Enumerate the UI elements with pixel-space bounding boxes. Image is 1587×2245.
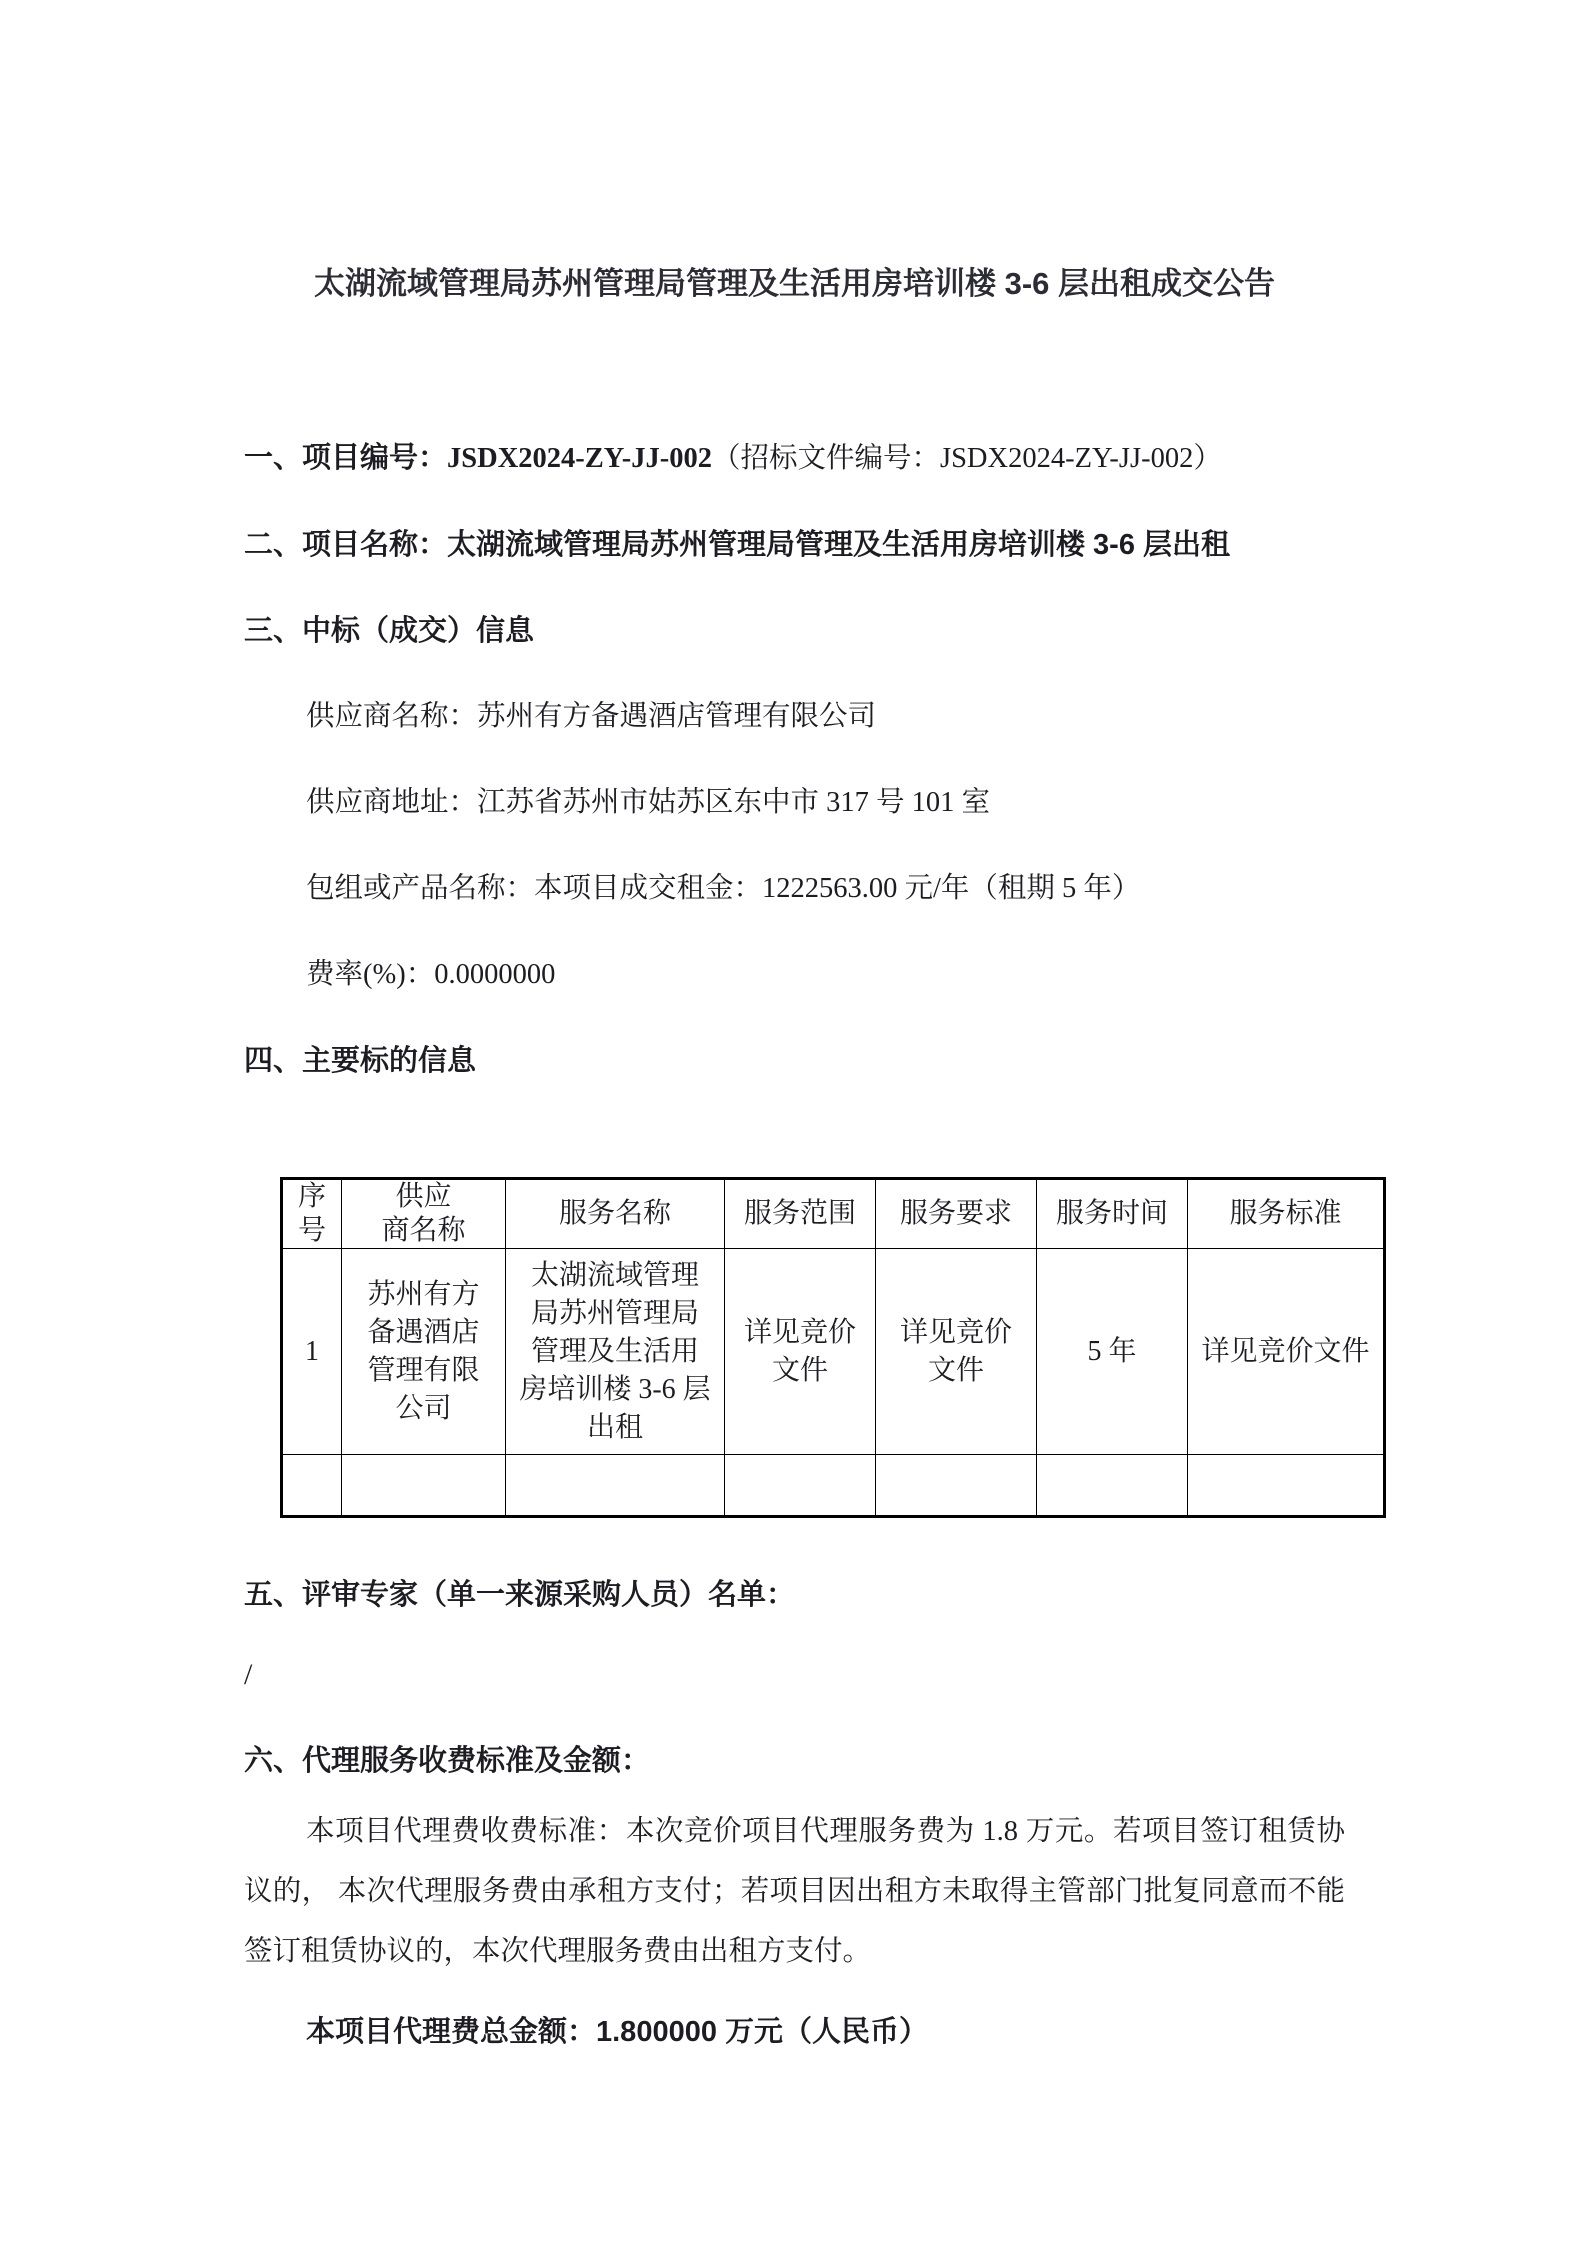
cell-empty <box>725 1455 876 1517</box>
package-price-line: 包组或产品名称：本项目成交租金：1222563.00 元/年（租期 5 年） <box>244 869 1345 909</box>
table-row: 1 苏州有方备遇酒店管理有限公司 太湖流域管理局苏州管理局管理及生活用房培训楼 … <box>282 1249 1385 1455</box>
fee-rate-line: 费率(%)：0.0000000 <box>244 955 1345 995</box>
cell-empty <box>506 1455 725 1517</box>
cell-empty <box>1188 1455 1385 1517</box>
agency-fee-paragraph: 本项目代理费收费标准：本次竞价项目代理服务费为 1.8 万元。若项目签订租赁协议… <box>244 1802 1345 1982</box>
col-header-service-requirement: 服务要求 <box>876 1179 1037 1249</box>
col-header-service-time: 服务时间 <box>1037 1179 1188 1249</box>
expert-list-value: / <box>244 1655 1345 1695</box>
table-row-empty <box>282 1455 1385 1517</box>
col-header-service-scope: 服务范围 <box>725 1179 876 1249</box>
cell-empty <box>876 1455 1037 1517</box>
cell-service-standard: 详见竞价文件 <box>1188 1249 1385 1455</box>
subject-info-table: 序号 供应商名称 服务名称 服务范围 服务要求 服务时间 服务标准 1 苏州有方… <box>280 1177 1386 1518</box>
item-subject-info-heading: 四、主要标的信息 <box>244 1041 1345 1081</box>
cell-supplier: 苏州有方备遇酒店管理有限公司 <box>342 1249 506 1455</box>
col-header-service-name: 服务名称 <box>506 1179 725 1249</box>
col-header-serial: 序号 <box>282 1179 342 1249</box>
supplier-address-line: 供应商地址：江苏省苏州市姑苏区东中市 317 号 101 室 <box>244 783 1345 823</box>
item-award-info-heading: 三、中标（成交）信息 <box>244 611 1345 651</box>
item-project-number: 一、项目编号：JSDX2024-ZY-JJ-002（招标文件编号：JSDX202… <box>244 438 1345 479</box>
cell-service-scope: 详见竞价文件 <box>725 1249 876 1455</box>
item-agency-fee-heading: 六、代理服务收费标准及金额： <box>244 1741 1345 1781</box>
cell-empty <box>282 1455 342 1517</box>
supplier-name-line: 供应商名称：苏州有方备遇酒店管理有限公司 <box>244 697 1345 737</box>
project-number-value: JSDX2024-ZY-JJ-002 <box>447 443 712 474</box>
cell-service-time: 5 年 <box>1037 1249 1188 1455</box>
cell-service-requirement: 详见竞价文件 <box>876 1249 1037 1455</box>
table-header-row: 序号 供应商名称 服务名称 服务范围 服务要求 服务时间 服务标准 <box>282 1179 1385 1249</box>
item-project-name: 二、项目名称：太湖流域管理局苏州管理局管理及生活用房培训楼 3-6 层出租 <box>244 525 1345 565</box>
cell-empty <box>1037 1455 1188 1517</box>
document-page: 太湖流域管理局苏州管理局管理及生活用房培训楼 3-6 层出租成交公告 一、项目编… <box>0 0 1587 2245</box>
project-number-label: 一、项目编号： <box>244 442 447 474</box>
item-expert-list-heading: 五、评审专家（单一来源采购人员）名单： <box>244 1575 1345 1615</box>
cell-serial: 1 <box>282 1249 342 1455</box>
col-header-service-standard: 服务标准 <box>1188 1179 1385 1249</box>
cell-empty <box>342 1455 506 1517</box>
cell-service-name: 太湖流域管理局苏州管理局管理及生活用房培训楼 3-6 层出租 <box>506 1249 725 1455</box>
tender-doc-number: （招标文件编号：JSDX2024-ZY-JJ-002） <box>712 443 1222 474</box>
document-title: 太湖流域管理局苏州管理局管理及生活用房培训楼 3-6 层出租成交公告 <box>244 262 1345 306</box>
agency-fee-total: 本项目代理费总金额：1.800000 万元（人民币） <box>244 2012 1345 2052</box>
col-header-supplier: 供应商名称 <box>342 1179 506 1249</box>
